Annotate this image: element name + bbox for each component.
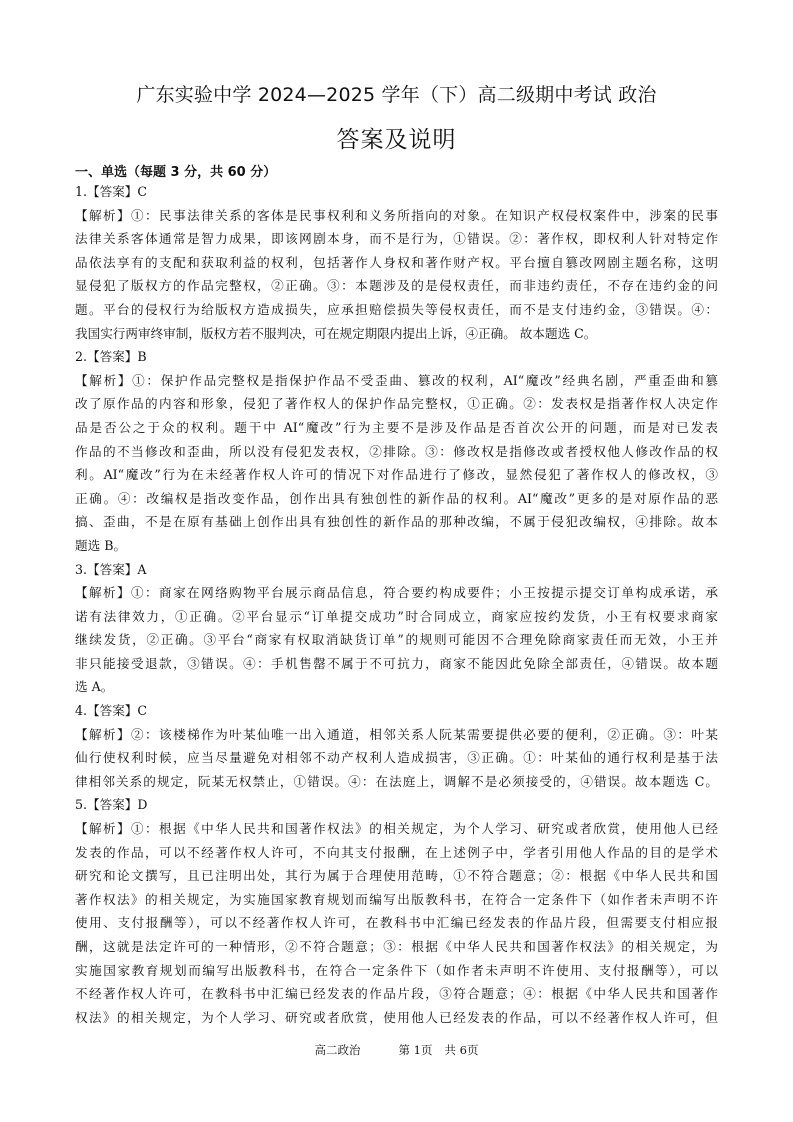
question-1-analysis-line: 品依法享有的支配和获取利益的权利，包括著作人身权和著作财产权。平台擅自篡改网剧主… <box>75 251 718 275</box>
question-3-analysis-line: 继续发货，②正确。③平台“商家有权取消缺货订单”的规则可能因不合理免除商家责任而… <box>75 628 718 652</box>
question-2-analysis-line: 正确。④：改编权是指改变作品，创作出具有独创性的新作品的权利。AI“魔改”更多的… <box>75 487 718 511</box>
question-4-answer: 4.【答案】C <box>75 699 718 723</box>
question-2-analysis-line: 题选 B。 <box>75 534 718 558</box>
question-3-analysis-line: 诺有法律效力，①正确。②平台显示“订单提交成功”时合同成立，商家应按约发货，小王… <box>75 605 718 629</box>
question-3-analysis-line: 选 A。 <box>75 675 718 699</box>
question-1-analysis-line: 题。平台的侵权行为给版权方造成损失，应承担赔偿损失等侵权责任，而不是支付违约金，… <box>75 298 718 322</box>
question-5-analysis-line: 著作权法》的相关规定，为实施国家教育规划而编写出版教科书，在符合一定条件下（如作… <box>75 888 718 912</box>
question-5-analysis-line: 不经著作权人许可，在教科书中汇编已经发表的作品片段，③符合题意；④：根据《中华人… <box>75 982 718 1006</box>
question-3-analysis-line: 【解析】①：商家在网络购物平台展示商品信息，符合要约构成要件；小王按提示提交订单… <box>75 581 718 605</box>
question-5-analysis-line: 【解析】①：根据《中华人民共和国著作权法》的相关规定，为个人学习、研究或者欣赏，… <box>75 817 718 841</box>
question-2-analysis-line: 改了原作品的内容和形象，侵犯了著作权人的保护作品完整权，①正确。②：发表权是指著… <box>75 392 718 416</box>
footer-total-pages: 共 6页 <box>445 1042 479 1058</box>
question-2-answer: 2.【答案】B <box>75 345 718 369</box>
section-heading: 一、单选（每题 3 分，共 60 分） <box>75 161 276 180</box>
question-1-analysis-line: 法律关系客体通常是智力成果，即该网剧本身，而不是行为，①错误。②：著作权，即权利… <box>75 227 718 251</box>
document-subtitle: 答案及说明 <box>0 121 793 154</box>
question-4-analysis-line: 仙行使权利时候，应当尽量避免对相邻不动产权利人造成损害，③正确。①：叶某仙的通行… <box>75 746 718 770</box>
question-2-analysis-line: 【解析】①：保护作品完整权是指保护作品不受歪曲、篡改的权利，AI“魔改”经典名剧… <box>75 369 718 393</box>
question-5-analysis-line: 酬，这就是法定许可的一种情形，②不符合题意；③：根据《中华人民共和国著作权法》的… <box>75 935 718 959</box>
question-5-analysis-line: 权法》的相关规定，为个人学习、研究或者欣赏，使用他人已经发表的作品，可以不经著作… <box>75 1006 718 1030</box>
question-2-analysis-line: 品是否公之于众的权利。题干中 AI“魔改”行为主要不是涉及作品是否首次公开的问题… <box>75 416 718 440</box>
question-2-analysis-line: 搞、歪曲，不是在原有基础上创作出具有独创性的新作品的那种改编，不属于侵犯改编权，… <box>75 510 718 534</box>
question-1-analysis-line: 显侵犯了版权方的作品完整权，②正确。③：本题涉及的是侵权责任，而非违约责任，不存… <box>75 274 718 298</box>
question-5-analysis-line: 发表的作品，可以不经著作权人许可，不向其支付报酬，在上述例子中，学者引用他人作品… <box>75 841 718 865</box>
question-4-analysis-line: 律相邻关系的规定，阮某无权禁止，①错误。④：在法庭上，调解不是必须接受的，④错误… <box>75 770 718 794</box>
question-5-analysis-line: 使用、支付报酬等），可以不经著作权人许可，在教科书中汇编已经发表的作品片段，但需… <box>75 911 718 935</box>
footer-subject: 高二政治 <box>315 1042 361 1058</box>
document-title: 广东实验中学 2024—2025 学年（下）高二级期中考试 政治 <box>0 80 793 107</box>
question-5-analysis-line: 实施国家教育规划而编写出版教科书，在符合一定条件下（如作者未声明不许使用、支付报… <box>75 959 718 983</box>
answer-content: 1.【答案】C 【解析】①：民事法律关系的客体是民事权利和义务所指向的对象。在知… <box>75 180 718 1029</box>
question-1-analysis-line: 【解析】①：民事法律关系的客体是民事权利和义务所指向的对象。在知识产权侵权案件中… <box>75 204 718 228</box>
question-1-answer: 1.【答案】C <box>75 180 718 204</box>
question-3-answer: 3.【答案】A <box>75 558 718 582</box>
question-5-analysis-line: 研究和论文撰写，且已注明出处，其行为属于合理使用范畴，①不符合题意；②：根据《中… <box>75 864 718 888</box>
question-3-analysis-line: 非只能接受退款，③错误。④：手机售罄不属于不可抗力，商家不能因此免除全部责任，④… <box>75 652 718 676</box>
question-1-analysis-line: 我国实行两审终审制，版权方若不服判决，可在规定期限内提出上诉，④正确。 故本题选… <box>75 322 718 346</box>
question-5-answer: 5.【答案】D <box>75 793 718 817</box>
page-footer: 高二政治第 1页共 6页 <box>0 1042 793 1058</box>
footer-page-number: 第 1页 <box>399 1042 433 1058</box>
question-2-analysis-line: 利。AI“魔改”行为在未经著作权人许可的情况下对作品进行了修改，显然侵犯了著作权… <box>75 463 718 487</box>
question-4-analysis-line: 【解析】②：该楼梯作为叶某仙唯一出入通道，相邻关系人阮某需要提供必要的便利，②正… <box>75 723 718 747</box>
question-2-analysis-line: 作品的不当修改和歪曲，所以没有侵犯发表权，②排除。③：修改权是指修改或者授权他人… <box>75 440 718 464</box>
